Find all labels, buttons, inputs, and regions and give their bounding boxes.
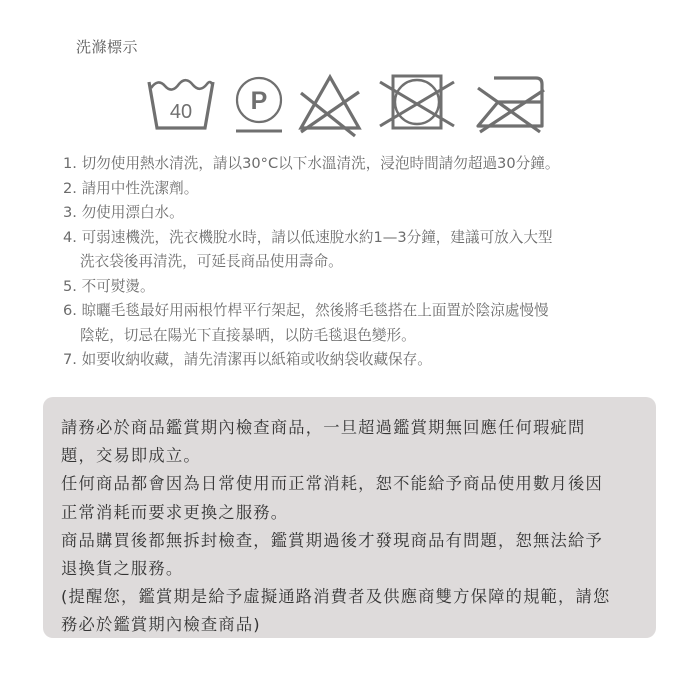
inspection-notice-box: 請務必於商品鑑賞期內檢查商品，一旦超過鑑賞期無回應任何瑕疵問 題，交易即成立。 … [43, 397, 656, 638]
care-instructions-list: 1. 切勿使用熱水清洗，請以30°C以下水溫清洗，浸泡時間請勿超過30分鐘。 2… [63, 152, 663, 373]
instruction-item-4-cont: 洗衣袋後再清洗，可延長商品使用壽命。 [63, 250, 663, 275]
instruction-item-6-cont: 陰乾，切忌在陽光下直接暴晒，以防毛毯退色變形。 [63, 324, 663, 349]
instruction-item-6: 6. 晾曬毛毯最好用兩根竹桿平行架起，然後將毛毯搭在上面置於陰涼處慢慢 [63, 299, 663, 324]
no-iron-icon [472, 72, 552, 138]
instruction-item-1: 1. 切勿使用熱水清洗，請以30°C以下水溫清洗，浸泡時間請勿超過30分鐘。 [63, 152, 663, 177]
section-title: 洗滌標示 [76, 37, 138, 57]
notice-line: 任何商品都會因為日常使用而正常消耗，恕不能給予商品使用數月後因 [61, 470, 656, 498]
notice-line: 務必於鑑賞期內檢查商品) [61, 611, 656, 639]
notice-line: 商品購買後都無拆封檢查，鑑賞期過後才發現商品有問題，恕無法給予 [61, 527, 656, 555]
notice-line: 退換貨之服務。 [61, 555, 656, 583]
no-bleach-icon [296, 72, 364, 138]
wash-40-icon: 40 [145, 72, 217, 138]
instruction-item-2: 2. 請用中性洗潔劑。 [63, 177, 663, 202]
notice-line: 請務必於商品鑑賞期內檢查商品，一旦超過鑑賞期無回應任何瑕疵問 [61, 414, 656, 442]
instruction-item-5: 5. 不可熨燙。 [63, 275, 663, 300]
care-icons-row: 40 P [0, 72, 700, 138]
dry-clean-letter: P [251, 87, 268, 115]
dry-clean-p-icon: P [232, 72, 286, 138]
instruction-item-7: 7. 如要收納收藏，請先清潔再以紙箱或收納袋收藏保存。 [63, 348, 663, 373]
notice-line: 正常消耗而要求更換之服務。 [61, 499, 656, 527]
no-tumble-dry-icon [377, 72, 457, 138]
instruction-item-3: 3. 勿使用漂白水。 [63, 201, 663, 226]
notice-line: 題，交易即成立。 [61, 442, 656, 470]
wash-temp-label: 40 [170, 101, 192, 123]
notice-line: (提醒您，鑑賞期是給予虛擬通路消費者及供應商雙方保障的規範，請您 [61, 583, 656, 611]
instruction-item-4: 4. 可弱速機洗，洗衣機脫水時，請以低速脫水約1—3分鐘，建議可放入大型 [63, 226, 663, 251]
